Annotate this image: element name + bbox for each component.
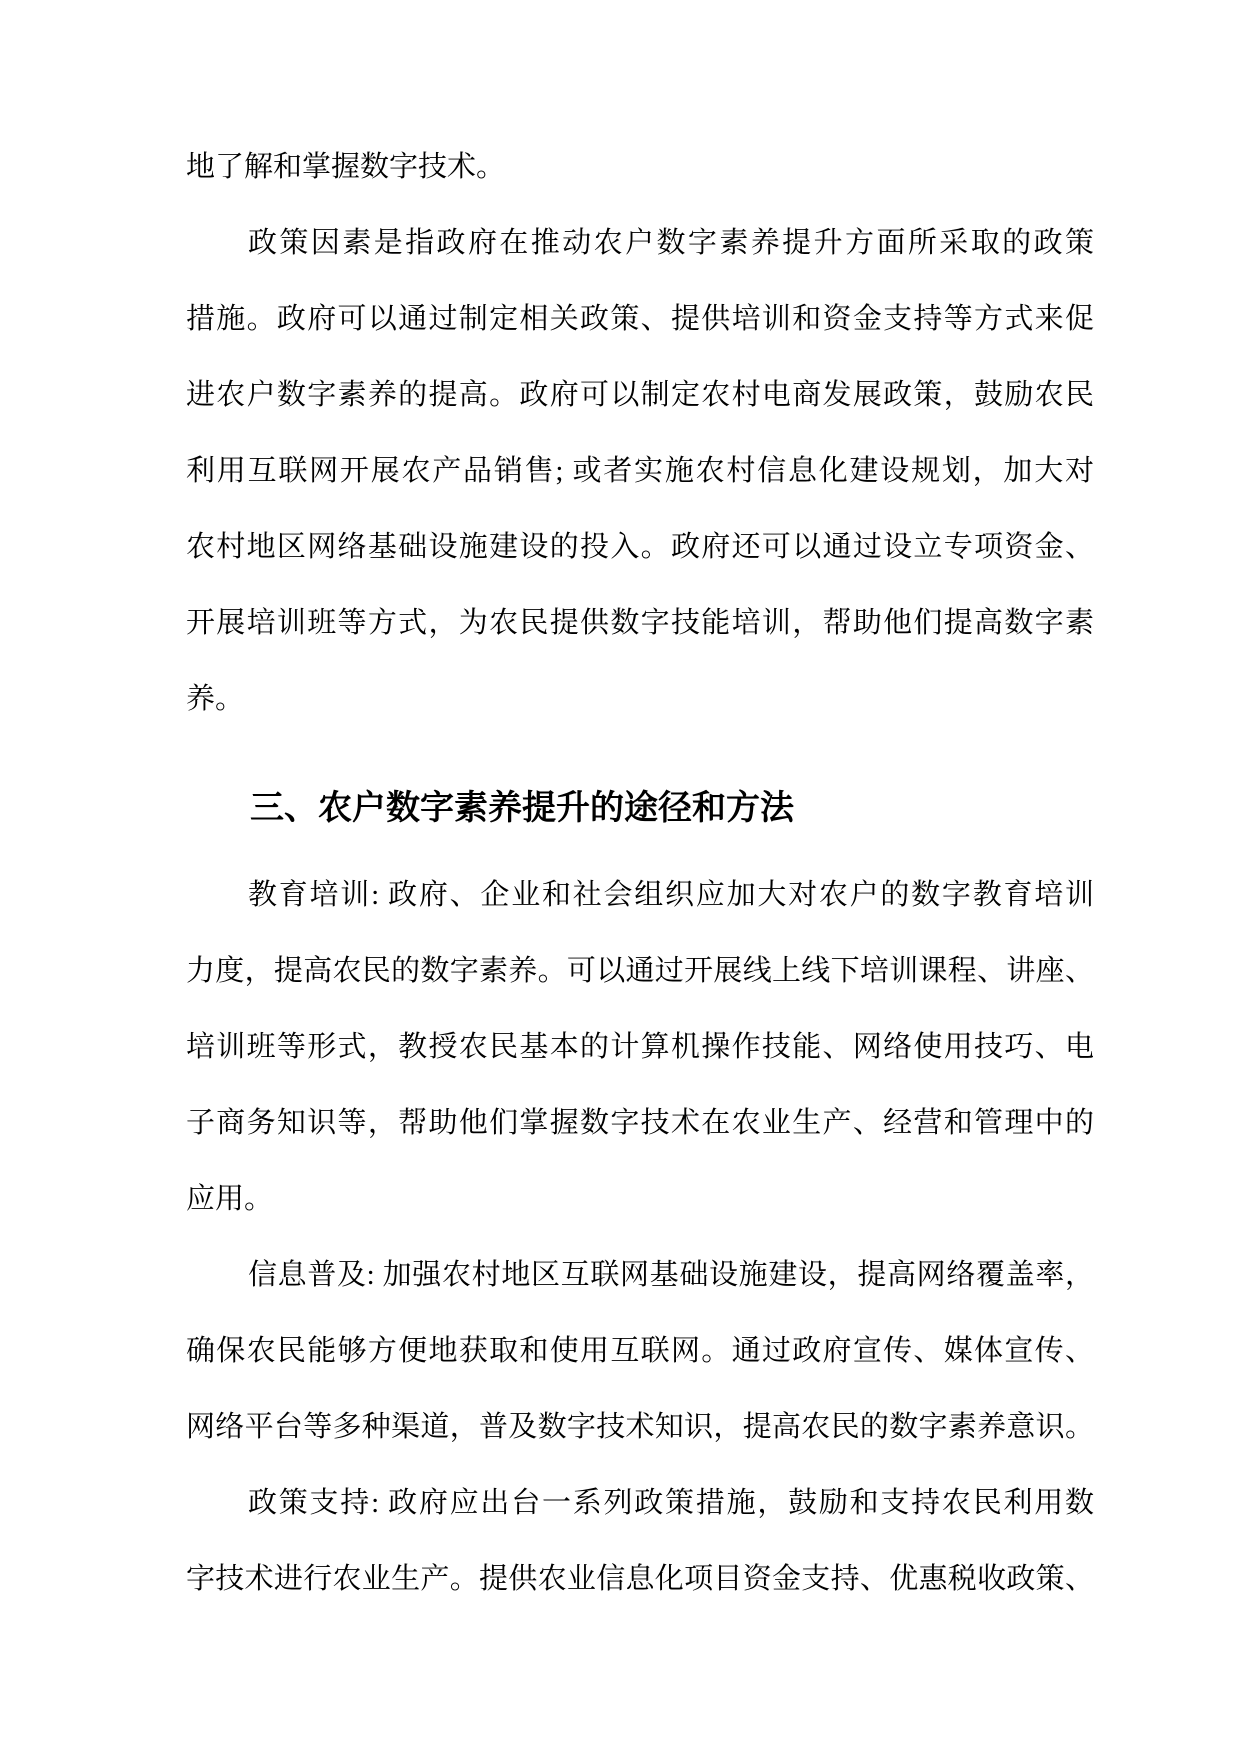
body-line: 进农户数字素养的提高。政府可以制定农村电商发展政策，鼓励农民 [186, 357, 1094, 433]
body-line: 农村地区网络基础设施建设的投入。政府还可以通过设立专项资金、 [186, 509, 1094, 585]
document-page: 地了解和掌握数字技术。 政策因素是指政府在推动农户数字素养提升方面所采取的政策 … [0, 0, 1241, 1754]
document-content: 地了解和掌握数字技术。 政策因素是指政府在推动农户数字素养提升方面所采取的政策 … [186, 129, 1094, 1617]
body-line: 开展培训班等方式，为农民提供数字技能培训，帮助他们提高数字素 [186, 585, 1094, 661]
body-line: 培训班等形式，教授农民基本的计算机操作技能、网络使用技巧、电 [186, 1009, 1094, 1085]
body-line: 养。 [186, 661, 1094, 737]
body-line: 措施。政府可以通过制定相关政策、提供培训和资金支持等方式来促 [186, 281, 1094, 357]
section-heading: 三、农户数字素养提升的途径和方法 [186, 771, 1094, 847]
paragraph-block-policy-factors: 地了解和掌握数字技术。 政策因素是指政府在推动农户数字素养提升方面所采取的政策 … [186, 129, 1094, 737]
body-line: 地了解和掌握数字技术。 [186, 129, 1094, 205]
body-line: 确保农民能够方便地获取和使用互联网。通过政府宣传、媒体宣传、 [186, 1313, 1094, 1389]
body-line: 信息普及: 加强农村地区互联网基础设施建设，提高网络覆盖率， [186, 1237, 1094, 1313]
paragraph-block-methods: 教育培训: 政府、企业和社会组织应加大对农户的数字教育培训 力度，提高农民的数字… [186, 857, 1094, 1617]
body-line: 政策因素是指政府在推动农户数字素养提升方面所采取的政策 [186, 205, 1094, 281]
body-line: 应用。 [186, 1161, 1094, 1237]
body-line: 利用互联网开展农产品销售; 或者实施农村信息化建设规划，加大对 [186, 433, 1094, 509]
body-line: 政策支持: 政府应出台一系列政策措施，鼓励和支持农民利用数 [186, 1465, 1094, 1541]
body-line: 教育培训: 政府、企业和社会组织应加大对农户的数字教育培训 [186, 857, 1094, 933]
body-line: 网络平台等多种渠道，普及数字技术知识，提高农民的数字素养意识。 [186, 1389, 1094, 1465]
body-line: 字技术进行农业生产。提供农业信息化项目资金支持、优惠税收政策、 [186, 1541, 1094, 1617]
body-line: 子商务知识等，帮助他们掌握数字技术在农业生产、经营和管理中的 [186, 1085, 1094, 1161]
body-line: 力度，提高农民的数字素养。可以通过开展线上线下培训课程、讲座、 [186, 933, 1094, 1009]
